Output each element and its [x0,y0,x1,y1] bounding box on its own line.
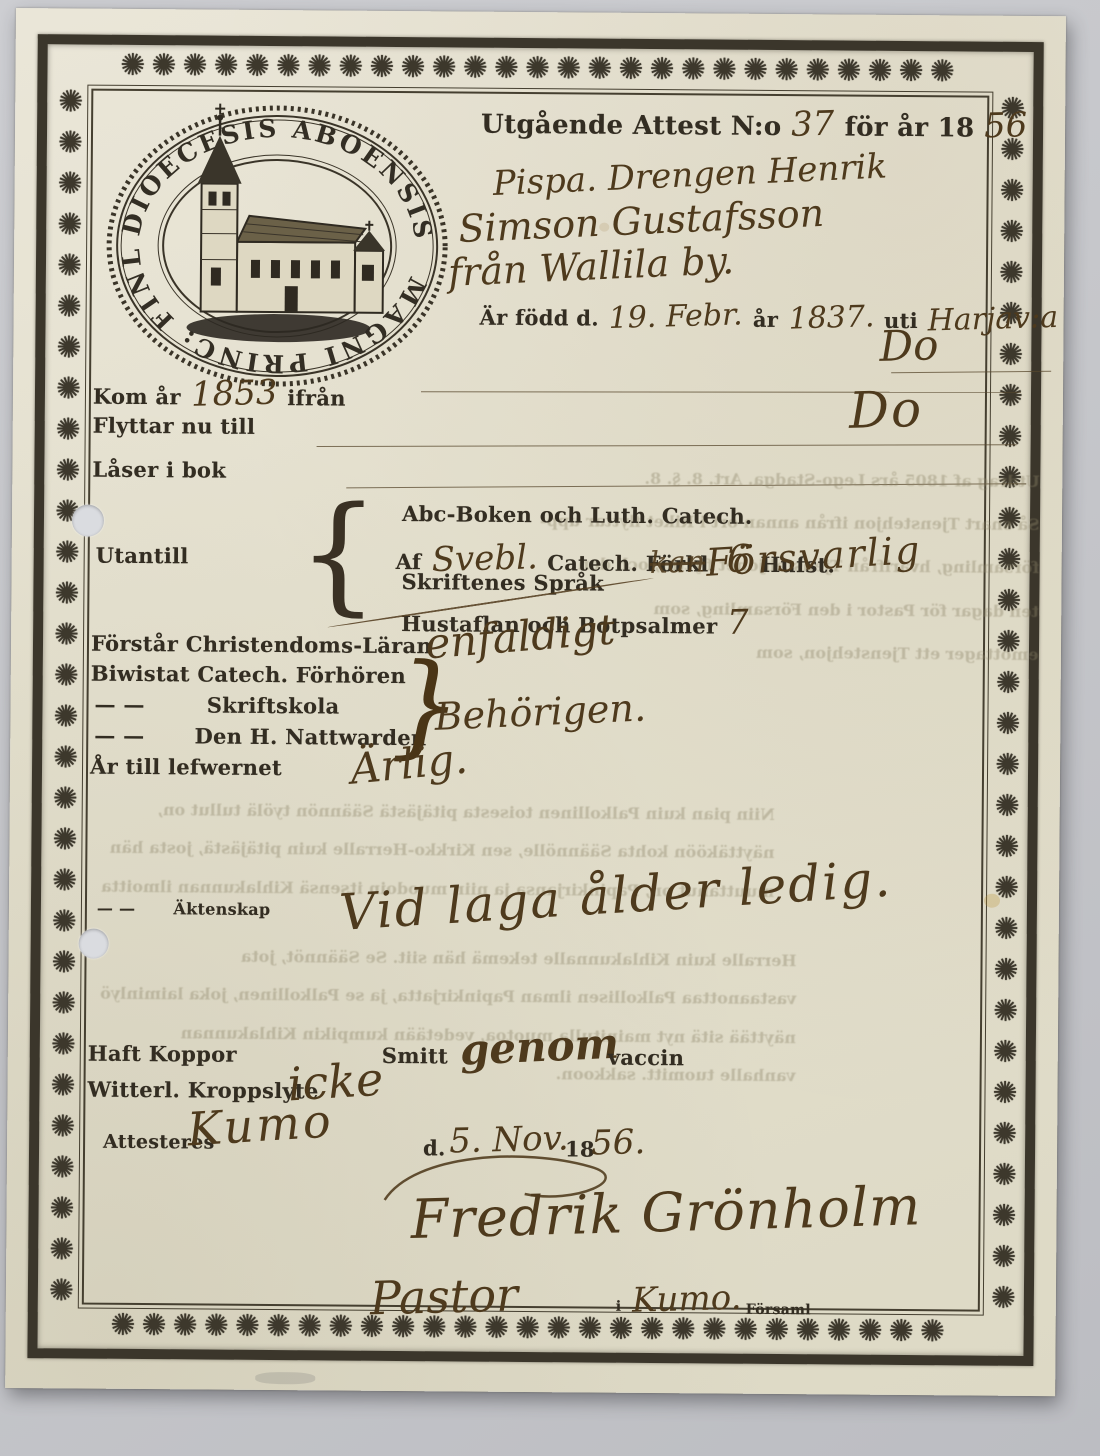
born-place-handwritten: Harjav:a [928,300,1059,339]
smitt-label: Smitt [382,1043,448,1069]
punch-hole [72,504,104,536]
signature-name-handwritten: Fredrik Grönholm [410,1174,922,1251]
born-row: Är född d. 19. Febr. år 1837. uti Harjav… [479,298,1058,338]
bleedthrough-line: Niin pian kuin Palkollinen toisesta pitä… [102,791,775,835]
attest-place-handwritten: Kumo [186,1093,335,1156]
signature-forsaml-label: Församl [746,1302,811,1319]
utantill-line-3: Skriftenes Språk [401,569,604,596]
printed-border-frame: ✺✺✺✺✺✺✺✺✺✺✺✺✺✺✺✺✺✺✺✺✺✺✺✺✺✺✺ ✺✺✺✺✺✺✺✺✺✺✺✺… [27,34,1043,1366]
bleedthrough-block: Herralle kuin Kihlakunnalle tekemä hän s… [100,937,797,1096]
skriftskola-label: Skriftskola [207,693,340,719]
kom-from-label: ifrån [287,385,346,410]
person-line-1: Pispa. Drengen Henrik [492,147,888,205]
attest-year-label: för år 18 [845,113,975,144]
born-date-handwritten: 19. Febr. [609,297,744,336]
vaccin-label: vaccin [608,1045,685,1071]
aktenskap-row: — — Äktenskap [97,899,271,919]
kom-year-handwritten: 1853 [190,373,278,415]
behorigen-handwritten: Behörigen. [434,685,647,738]
ditto-mark-2: Do [848,380,924,440]
hustaflan-handwritten: 7 [727,602,750,643]
kom-row: Kom år 1853 ifrån [93,373,346,415]
punch-hole [79,929,109,959]
kom-label: Kom år [93,384,181,410]
certificate-paper: ✺✺✺✺✺✺✺✺✺✺✺✺✺✺✺✺✺✺✺✺✺✺✺✺✺✺✺ ✺✺✺✺✺✺✺✺✺✺✺✺… [5,8,1066,1396]
arlig-handwritten: Ärlig. [348,734,470,794]
attest-year-handwritten: 56 [984,105,1028,146]
rosette-border-bottom-icon: ✺✺✺✺✺✺✺✺✺✺✺✺✺✺✺✺✺✺✺✺✺✺✺✺✺✺✺ [37,1304,1023,1356]
ink-stain [984,894,1000,908]
bleedthrough-line: Utdrag af 1805 års Lego-Stadga. Art. 8. … [540,456,1040,503]
smudge [255,1372,315,1384]
aktenskap-label: Äktenskap [173,899,270,919]
ditto-mark-1: Do [879,320,939,371]
bleedthrough-line: vastaanottaa Palkollisen ilman Papinkirj… [100,975,796,1019]
forstar-label: Förstår Christendoms-Läran [91,631,432,659]
photo-background: ✺✺✺✺✺✺✺✺✺✺✺✺✺✺✺✺✺✺✺✺✺✺✺✺✺✺✺ ✺✺✺✺✺✺✺✺✺✺✺✺… [0,0,1100,1456]
attest-number-handwritten: 37 [791,104,835,145]
lefwernet-label: År till lefwernet [90,754,282,781]
rosette-border-top-icon: ✺✺✺✺✺✺✺✺✺✺✺✺✺✺✺✺✺✺✺✺✺✺✺✺✺✺✺ [47,44,1033,96]
koppor-label: Haft Koppor [88,1041,237,1067]
utantill-line-1: Abc-Boken och Luth. Catech. [402,501,753,529]
inner-rule-frame: DIOECESIS ABOENSIS. MAGNI PRINC: FINL. [82,89,990,1312]
biwistat-label: Biwistat Catech. Förhören [91,661,406,688]
ditto-dashes: — — [94,723,144,748]
ditto-dashes: — — [97,899,136,918]
born-year-label: år [753,307,778,332]
brace-left: { [297,490,379,619]
flyttar-label: Flyttar nu till [93,413,256,439]
blank-line [317,444,1017,447]
attest-header: Utgående Attest N:o 37 för år 18 56 [481,102,1028,146]
signature-place-handwritten: Kumo. [631,1278,742,1321]
born-year-handwritten: 1837. [788,299,875,336]
born-label: Är född d. [479,305,599,331]
signature-title-handwritten: Pastor [369,1267,519,1325]
diocese-seal: DIOECESIS ABOENSIS. MAGNI PRINC: FINL. [95,93,459,398]
signature-i-label: i [616,1299,622,1315]
certificate-content: DIOECESIS ABOENSIS. MAGNI PRINC: FINL. [84,91,987,1310]
attest-header-label: Utgående Attest N:o [481,110,782,142]
genom-handwritten: genom [459,1019,620,1075]
skriftskola-row: — — Skriftskola [94,692,339,719]
laser-label: Låser i bok [92,457,226,483]
crossed-out-word: kan [649,544,705,580]
bleedthrough-line: Herralle kuin Kihlakunnalle tekemä hän s… [100,937,796,981]
blank-line [421,391,1021,393]
utantill-label: Utantill [96,543,189,569]
ink-stain [599,223,609,232]
ditto-dashes: — — [94,692,144,717]
